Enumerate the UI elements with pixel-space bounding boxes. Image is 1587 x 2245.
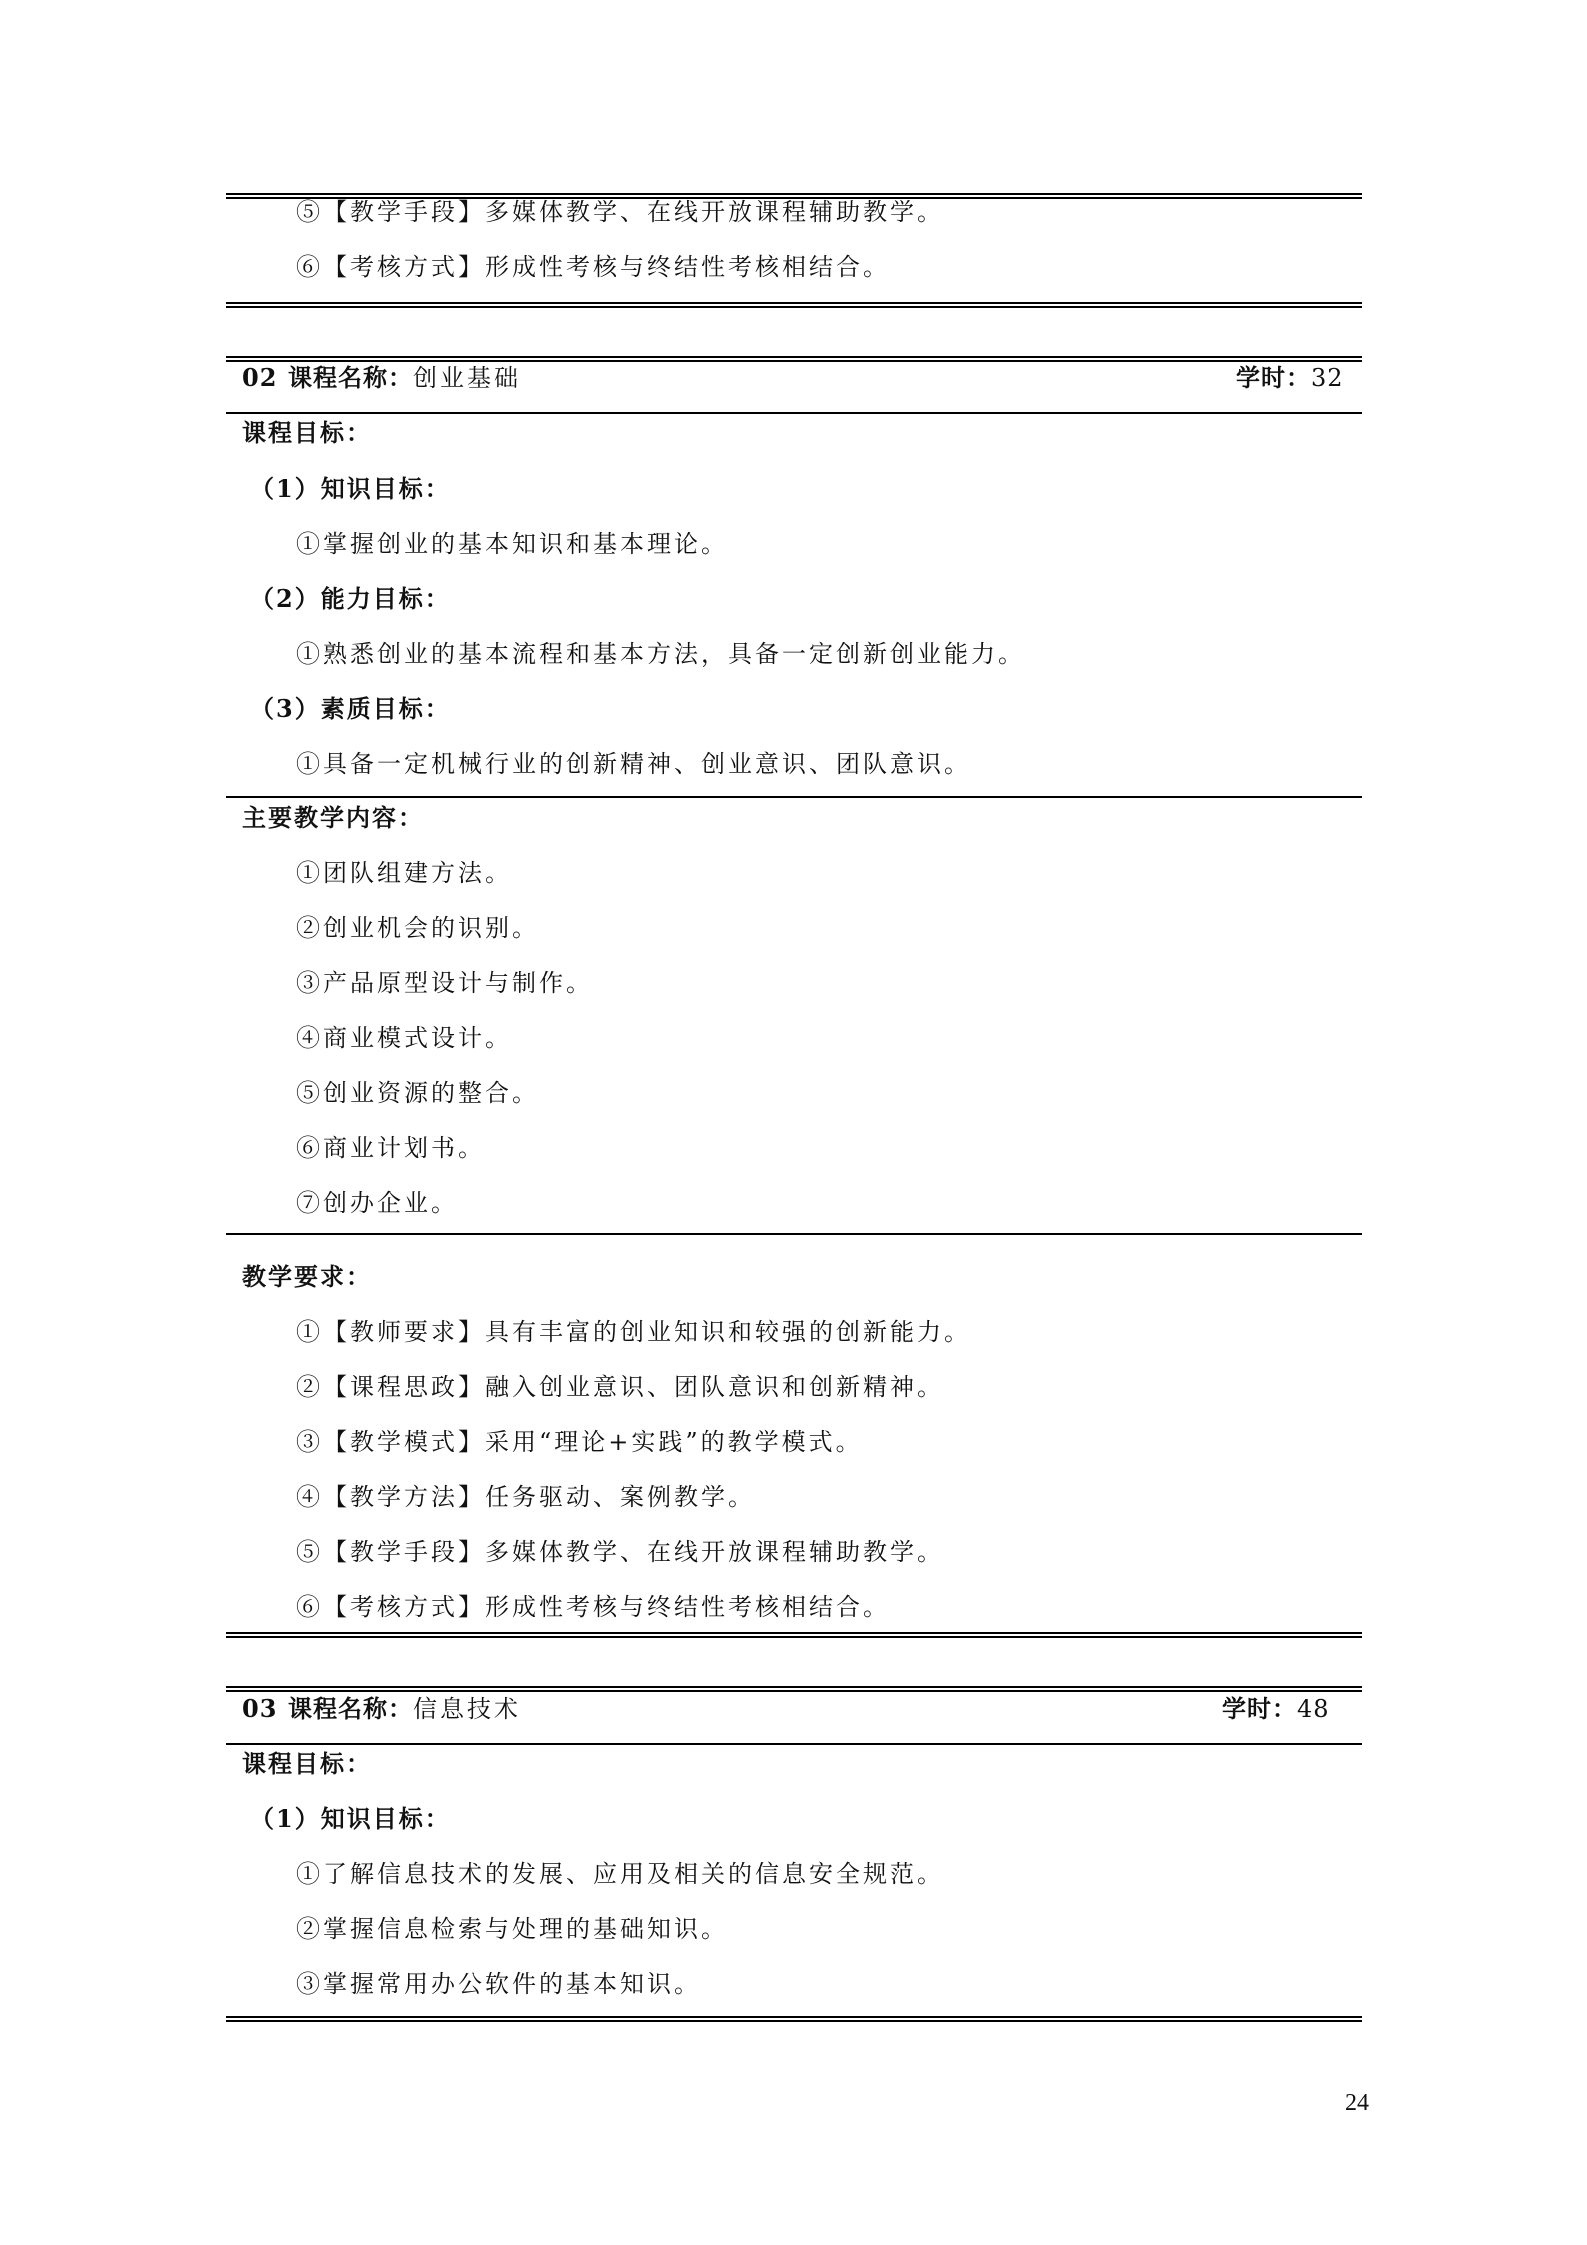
page-number: 24: [1345, 2090, 1369, 2117]
list-item: ⑥【考核方式】形成性考核与终结性考核相结合。: [296, 1592, 890, 1622]
content-heading: 主要教学内容：: [242, 803, 424, 833]
knowledge-heading: （1）知识目标：: [250, 474, 451, 504]
list-item: ②【课程思政】融入创业意识、团队意识和创新精神。: [296, 1372, 944, 1402]
knowledge-heading: （1）知识目标：: [250, 1804, 451, 1834]
list-item: ①了解信息技术的发展、应用及相关的信息安全规范。: [296, 1859, 944, 1889]
quality-heading: （3）素质目标：: [250, 694, 451, 724]
course-name-label: 课程名称：: [288, 363, 413, 392]
course-hours: 学时：48: [1222, 1694, 1330, 1724]
divider: [226, 796, 1362, 798]
course-header-top-border: [226, 356, 1362, 362]
list-item: ⑤【教学手段】多媒体教学、在线开放课程辅助教学。: [296, 197, 944, 227]
hours-label: 学时：: [1222, 1694, 1297, 1723]
course-hours: 学时：32: [1236, 363, 1344, 393]
list-item: ②掌握信息检索与处理的基础知识。: [296, 1914, 728, 1944]
list-item: ③掌握常用办公软件的基本知识。: [296, 1969, 701, 1999]
list-item: ⑥商业计划书。: [296, 1133, 485, 1163]
list-item: ⑥【考核方式】形成性考核与终结性考核相结合。: [296, 252, 890, 282]
divider: [226, 412, 1362, 414]
list-item: ①团队组建方法。: [296, 858, 512, 888]
course-number: 03: [242, 1694, 277, 1723]
course-title: 03 课程名称：信息技术: [242, 1694, 521, 1724]
objectives-heading: 课程目标：: [242, 418, 372, 448]
objectives-heading: 课程目标：: [242, 1749, 372, 1779]
hours-value: 32: [1311, 364, 1344, 392]
course-name-label: 课程名称：: [288, 1694, 413, 1723]
list-item: ①熟悉创业的基本流程和基本方法，具备一定创新创业能力。: [296, 639, 1025, 669]
hours-value: 48: [1297, 1695, 1330, 1723]
list-item: ⑤【教学手段】多媒体教学、在线开放课程辅助教学。: [296, 1537, 944, 1567]
list-item: ①掌握创业的基本知识和基本理论。: [296, 529, 728, 559]
course-name: 信息技术: [413, 1695, 521, 1723]
divider: [226, 1743, 1362, 1745]
requirements-heading: 教学要求：: [242, 1262, 372, 1292]
ability-heading: （2）能力目标：: [250, 584, 451, 614]
list-item: ⑤创业资源的整合。: [296, 1078, 539, 1108]
divider: [226, 1233, 1362, 1235]
section-bottom-border: [226, 302, 1362, 308]
list-item: ①具备一定机械行业的创新精神、创业意识、团队意识。: [296, 749, 971, 779]
hours-label: 学时：: [1236, 363, 1311, 392]
list-item: ④商业模式设计。: [296, 1023, 512, 1053]
list-item: ②创业机会的识别。: [296, 913, 539, 943]
course-number: 02: [242, 363, 277, 392]
section-bottom-border: [226, 2016, 1362, 2022]
list-item: ①【教师要求】具有丰富的创业知识和较强的创新能力。: [296, 1317, 971, 1347]
course-name: 创业基础: [413, 364, 521, 392]
list-item: ③【教学模式】采用“理论+实践”的教学模式。: [296, 1427, 863, 1457]
course-title: 02 课程名称：创业基础: [242, 363, 521, 393]
list-item: ③产品原型设计与制作。: [296, 968, 593, 998]
section-bottom-border: [226, 1632, 1362, 1638]
list-item: ⑦创办企业。: [296, 1188, 458, 1218]
list-item: ④【教学方法】任务驱动、案例教学。: [296, 1482, 755, 1512]
course-header-top-border: [226, 1686, 1362, 1692]
